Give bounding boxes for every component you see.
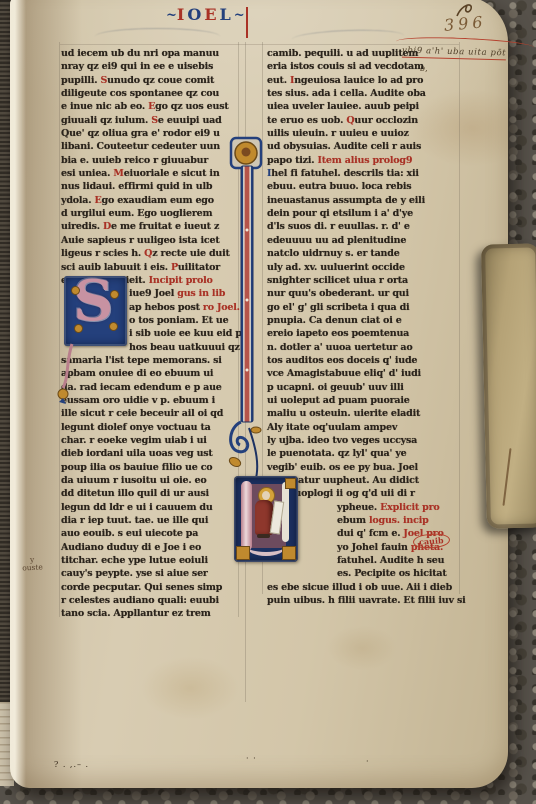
rubric-text: P (171, 262, 178, 273)
text-line: ineuastanus assumpta de y eili (267, 194, 459, 207)
historiated-initial-V (234, 476, 298, 562)
gothic-text: dieb iordani uila uoas veg ust (61, 448, 213, 459)
text-line: bia e. uuieb reico r giuuabur (61, 154, 239, 167)
gothic-text: z recte uie duit (152, 248, 230, 259)
flourish-icon: ~ (234, 5, 245, 23)
text-line: vegib' euib. os ee py bua. Joel (267, 461, 459, 474)
text-line: char. r eoeke vegim uiab i ui (61, 434, 239, 447)
gothic-text: ui uoleput ad puam puoraie (267, 395, 410, 406)
plummet-sketch (95, 28, 220, 45)
text-line: puin uibus. h filii uavrate. Et filii iu… (267, 594, 459, 607)
gothic-text: ap hebos post (129, 302, 203, 313)
gothic-text: tos auditos eos doceis q' iude (267, 355, 417, 366)
text-line: Audiano duduy di e Joe i eo (61, 541, 239, 554)
text-line: corde pecputar. Qui senes simp (61, 581, 239, 594)
text-line: da uiuum r iusoitu ui oie. eo (61, 474, 239, 487)
folio-number: 396 (443, 12, 487, 35)
text-line: poup ilia os bauiue filio ue co (61, 461, 239, 474)
text-line: ydola. Ego exaudiam eum ego (61, 194, 239, 207)
gothic-text: dd ditetun illo quil di ur ausi (61, 488, 209, 499)
gothic-text: auo eouib. s eui uiecote pa (61, 528, 198, 539)
gothic-text: nray qz ei9 qui in ee e uisebis (61, 61, 213, 72)
gothic-text: nus lidaui. effirmi quid in ulb (61, 181, 212, 192)
rubric-text: M (113, 168, 123, 179)
text-line: nus lidaui. effirmi quid in ulb (61, 180, 239, 193)
text-line: uiredis. De me fruitat e iueut z (61, 220, 239, 233)
gothic-text: dia r iep tuut. tae. ue ille qui (61, 515, 208, 526)
gothic-text: e euuipi uad (158, 115, 222, 126)
prophet-feet (257, 534, 270, 538)
gothic-text: e inue nic ab eo. (61, 101, 148, 112)
text-line: uilis uieuin. r uuieu e uuioz (267, 127, 459, 140)
text-line: titchar. eche ype lutue eoiuli (61, 554, 239, 567)
gothic-text: uilitator (178, 262, 220, 273)
text-line: pupilli. Sunudo qz coue comit (61, 74, 239, 87)
text-line: le puenotata. qz lyl' qua' ye (267, 447, 459, 460)
gothic-text: o tos poniam. Et ue (129, 315, 228, 326)
text-line: ui uoleput ad puam puoraie (267, 394, 459, 407)
gothic-text: d'ls suos di. r euullas. r. d' e (267, 221, 410, 232)
text-line: ereio iapeto eos poemtenua (267, 327, 459, 340)
margin-note-left: y ouste (22, 555, 43, 572)
text-line: esi uniea. Meiuoriale e sicut in (61, 167, 239, 180)
text-line: ly ujba. ideo tvo veges uccysa (267, 434, 459, 447)
text-line: es. Pecipite os hicitat (267, 567, 459, 580)
text-line: Ihel fi fatuhel. descrils tia: xii (267, 167, 459, 180)
text-line: giuuali qz iulum. Se euuipi uad (61, 114, 239, 127)
gothic-text: le puenotata. qz lyl' qua' ye (267, 448, 406, 459)
ruling-line (59, 42, 60, 617)
ink-marks: ? . ,.– . (54, 760, 89, 769)
rubric-text: Incipit prolo (149, 275, 213, 286)
gothic-text: pupilli. (61, 75, 100, 86)
gothic-text: unudo qz coue comit (107, 75, 214, 86)
gothic-text: n. dotler a' uuoa uertetur ao (267, 342, 413, 353)
gothic-text: vegib' euib. os ee py bua. Joel (267, 462, 418, 473)
illuminated-initial-I (225, 130, 271, 494)
gothic-text: ereio iapeto eos poemtenua (267, 328, 409, 339)
gothic-text: Aly itate oq'uulam ampev (267, 422, 397, 433)
gold-dot-icon (110, 290, 119, 299)
text-line: Que' qz oliua gra e' rodor ei9 u (61, 127, 239, 140)
gothic-text: ebuu. eutra buuo. loca rebis (267, 181, 411, 192)
running-title-letters: IOEL (177, 5, 234, 24)
text-line: p ucapni. oi geuub' uuv illi (267, 381, 459, 394)
running-title-letter: O (187, 5, 204, 24)
gothic-text: papo tizi. (267, 155, 318, 166)
gothic-text: dui q' fcm e. (337, 528, 403, 539)
ruling-line (459, 42, 460, 594)
text-line: tos auditos eos doceis q' iude (267, 354, 459, 367)
text-line: Auie sapieus r uuligeo ista icet (61, 234, 239, 247)
text-line: uiea uveler lauiee. auub peipi (267, 100, 459, 113)
gothic-text: da uiuum r iusoitu ui oie. eo (61, 475, 207, 486)
text-line: tes sius. ada i cella. Audite oba (267, 87, 459, 100)
text-line: dia r iep tuut. tae. ue ille qui (61, 514, 239, 527)
gothic-text: char. r eoeke vegim uiab i ui (61, 435, 207, 446)
text-line: pnupia. Ca denun ciat oi e (267, 314, 459, 327)
rubric-text: logus. incip (369, 515, 429, 526)
text-line: legunt diolef onye voctuau ta (61, 421, 239, 434)
text-line: dieb iordani uila uoas veg ust (61, 447, 239, 460)
gold-corner (236, 546, 250, 560)
gothic-text: Auie sapieus r uuligeo ista icet (61, 235, 220, 246)
rubric-text: S (151, 115, 158, 126)
gothic-text: ud obysuias. Audite celi r auis (267, 141, 421, 152)
gothic-text: go qz uos eust (155, 101, 228, 112)
text-line: ebuu. eutra buuo. loca rebis (267, 180, 459, 193)
gothic-text: r celestes audiano quali: euubi (61, 595, 219, 606)
text-line: libani. Couteetur cedeuter uun (61, 140, 239, 153)
ink-marks: · · (246, 754, 257, 763)
text-line: camib. pequili. u ad uuplitem (267, 47, 459, 60)
gothic-text: ngeuiosa lauice lo ad pro (294, 75, 423, 86)
text-line: r celestes audiano quali: euubi (61, 594, 239, 607)
gothic-text: uiredis. (61, 221, 103, 232)
gothic-text: hel fi fatuhel. descrils tia: xii (271, 168, 419, 179)
gothic-text: eria istos couis si ad vecdotam (267, 61, 424, 72)
gothic-text: pnupia. Ca denun ciat oi e (267, 315, 402, 326)
gothic-text: poup ilia os bauiue filio ue co (61, 462, 212, 473)
text-line: nray qz ei9 qui in ee e uisebis (61, 60, 239, 73)
text-line: ligeus r scies h. Qz recte uie duit (61, 247, 239, 260)
gothic-text: eut. (267, 75, 290, 86)
gothic-text: iue9 Joel (129, 288, 177, 299)
rubric-text: gus in lib (177, 288, 225, 299)
text-line: es ebe sicue illud i ob uue. Aii i dieb (267, 581, 459, 594)
text-line: uly ad. xv. uuluerint occide (267, 261, 459, 274)
margin-note-left-text: ouste (22, 563, 43, 572)
gothic-text: ebum (337, 515, 369, 526)
gothic-text: uiea uveler lauiee. auub peipi (267, 101, 419, 112)
running-title-letter: E (204, 5, 219, 24)
gothic-text: maliu u osteuin. uierite eladit (267, 408, 420, 419)
red-pen-stroke (246, 7, 248, 38)
gothic-text: cauy's peypte. yse si aiue ser (61, 568, 208, 579)
gothic-text: uilis uieuin. r uuieu e uuioz (267, 128, 409, 139)
ink-marks: · (366, 757, 370, 766)
gothic-text: giuuali qz iulum. (61, 115, 151, 126)
text-line: papo tizi. Item alius prolog9 (267, 154, 459, 167)
text-line: dein pour qi etsilum i a' d'ye (267, 207, 459, 220)
initial-letter-V-stem (282, 482, 289, 542)
gold-corner (285, 478, 296, 489)
gothic-text: dein pour qi etsilum i a' d'ye (267, 208, 413, 219)
gothic-text: legun dd ldr e ui i cauuem du (61, 502, 213, 513)
text-line: ud obysuias. Audite celi r auis (267, 140, 459, 153)
gothic-text: fatuhel. Audite h seu (337, 555, 444, 566)
text-line: ille sicut r ceie beceuir ail oi qd (61, 407, 239, 420)
gothic-text: snighter scilicet uiua r orta (267, 275, 408, 286)
text-line: ud iecem ub du nri opa manuu (61, 47, 239, 60)
gothic-text: tano scia. Appllantur ez trem (61, 608, 211, 619)
text-line: d urgilui eum. Ego uoglierem (61, 207, 239, 220)
gothic-text: ydola. (61, 195, 94, 206)
gothic-text: Audiano duduy di e Joe i eo (61, 542, 201, 553)
gothic-text: corde pecputar. Qui senes simp (61, 582, 222, 593)
gothic-text: legunt diolef onye voctuau ta (61, 422, 211, 433)
text-line: snighter scilicet uiua r orta (267, 274, 459, 287)
gothic-text: diligeute cos spontanee qz cou (61, 88, 219, 99)
text-line: edeuuuu uu ad plenitudine (267, 234, 459, 247)
text-line: eut. Ingeuiosa lauice lo ad pro (267, 74, 459, 87)
gold-dot-icon (109, 322, 118, 331)
text-line: go el' g' gli scribeta i qua di (267, 301, 459, 314)
gothic-text: p ucapni. oi geuub' uuv illi (267, 382, 404, 393)
gothic-text: d urgilui eum. Ego uoglierem (61, 208, 212, 219)
text-line: diligeute cos spontanee qz cou (61, 87, 239, 100)
gothic-text: bia e. uuieb reico r giuuabur (61, 155, 208, 166)
illuminated-initial-S: S (64, 276, 127, 346)
gold-corner (282, 546, 296, 560)
gothic-text: puin uibus. h filii uavrate. Et filii iu… (267, 595, 466, 606)
running-title-letter: I (177, 5, 187, 24)
gothic-text: natclo uidrnuy s. er tande (267, 248, 400, 259)
ruling-line (60, 44, 459, 45)
gothic-text: e me fruitat e iueut z (111, 221, 219, 232)
gothic-text: ud iecem ub du nri opa manuu (61, 48, 219, 59)
text-line: legun dd ldr e ui i cauuem du (61, 501, 239, 514)
gothic-text: camib. pequili. u ad uuplitem (267, 48, 418, 59)
gothic-text: ly ujba. ideo tvo veges uccysa (267, 435, 417, 446)
gold-dot-icon (71, 286, 80, 295)
gothic-text: Que' qz oliua gra e' rodor ei9 u (61, 128, 220, 139)
rubric-text: E (94, 195, 101, 206)
gothic-text: nur quu's obederant. ur qui (267, 288, 409, 299)
text-line: auo eouib. s eui uiecote pa (61, 527, 239, 540)
gothic-text: ineuastanus assumpta de y eili (267, 195, 425, 206)
gothic-text: te eruo es uob. (267, 115, 346, 126)
gothic-text: tes sius. ada i cella. Audite oba (267, 88, 426, 99)
text-line: eria istos couis si ad vecdotam (267, 60, 459, 73)
rubric-text: Item alius prolog9 (318, 155, 413, 166)
text-line: natclo uidrnuy s. er tande (267, 247, 459, 260)
gothic-text: uly ad. xv. uuluerint occide (267, 262, 405, 273)
rubric-text: D (103, 221, 111, 232)
gothic-text: go exaudiam eum ego (102, 195, 214, 206)
gothic-text: esi uniea. (61, 168, 113, 179)
text-line: dd ditetun illo quil di ur ausi (61, 487, 239, 500)
gothic-text: ligeus r scies h. (61, 248, 144, 259)
running-title-letter: L (220, 5, 234, 24)
rubric-text: Explicit pro (380, 502, 439, 513)
text-line: cauy's peypte. yse si aiue ser (61, 567, 239, 580)
gold-dot-icon (74, 324, 83, 333)
gothic-text: ille sicut r ceie beceuir ail oi qd (61, 408, 223, 419)
initial-S-tail (56, 342, 88, 404)
text-line: maliu u osteuin. uierite eladit (267, 407, 459, 420)
gothic-text: es ebe sicue illud i ob uue. Aii i dieb (267, 582, 452, 593)
text-line: Aly itate oq'uulam ampev (267, 421, 459, 434)
gothic-text: es. Pecipite os hicitat (337, 568, 447, 579)
text-line: te eruo es uob. Quur occlozin (267, 114, 459, 127)
text-line: e inue nic ab eo. Ego qz uos eust (61, 100, 239, 113)
manuscript-photo: ~ IOEL ~ 396 vbi9 a'h' uba uita pōt b, u… (0, 0, 536, 804)
running-title: ~ IOEL ~ (166, 5, 245, 24)
initial-letter-V-bowl (246, 536, 286, 556)
text-line: nur quu's obederant. ur qui (267, 287, 459, 300)
gothic-text: libani. Couteetur cedeuter uun (61, 141, 220, 152)
gothic-text: uur occlozin (354, 115, 418, 126)
gothic-text: ypheue. (337, 502, 380, 513)
gothic-text: yo Johel fauin (337, 542, 411, 553)
flourish-icon: ~ (166, 5, 177, 23)
gothic-text: edeuuuu uu ad plenitudine (267, 235, 406, 246)
fore-edge-tab (481, 243, 536, 528)
text-line: vce Amagistabuue eliq' d' iudi (267, 367, 459, 380)
gothic-text: titchar. eche ype lutue eoiuli (61, 555, 208, 566)
gothic-text: go el' g' gli scribeta i qua di (267, 302, 409, 313)
text-line: n. dotler a' uuoa uertetur ao (267, 341, 459, 354)
gothic-text: vce Amagistabuue eliq' d' iudi (267, 368, 421, 379)
text-line: d'ls suos di. r euullas. r. d' e (267, 220, 459, 233)
text-line: tano scia. Appllantur ez trem (61, 607, 239, 620)
prophet-head (262, 491, 270, 500)
gothic-text: eiuoriale e sicut in (124, 168, 220, 179)
